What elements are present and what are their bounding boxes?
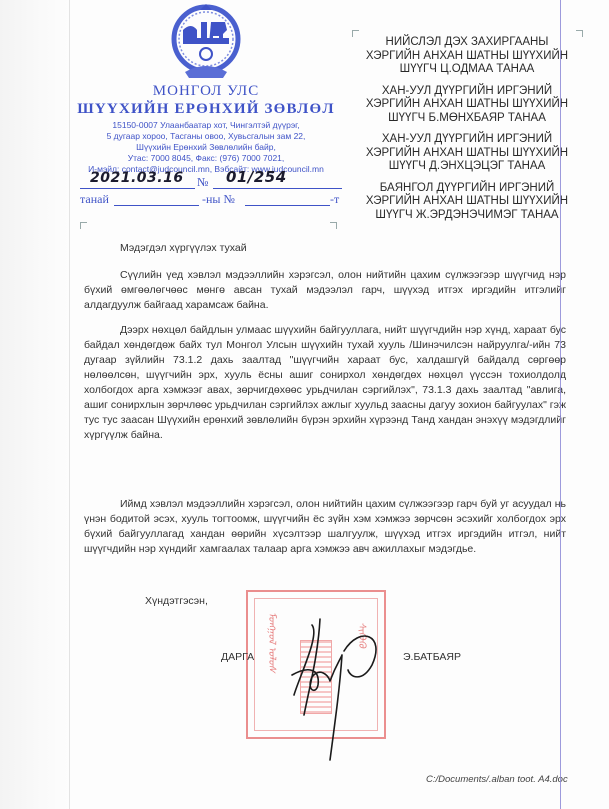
body-paragraph-2: Дээрх нөхцөл байдлын улмаас шүүхийн байг…: [84, 323, 566, 443]
recipient-line: ШҮҮГЧ Д.ЭНХЦЭЦЭГ ТАНАА: [352, 160, 582, 174]
organization-header: МОНГОЛ УЛС ШҮҮХИЙН ЕРӨНХИЙ ЗӨВЛӨЛ 15150-…: [70, 83, 342, 175]
body-paragraph-1: Сүүлийн үед хэвлэл мэдээллийн хэрэгсэл, …: [84, 268, 566, 313]
date-underline: [80, 188, 195, 189]
recipient-line: ШҮҮГЧ Ж.ЭРДЭНЭЧИМЭГ ТАНАА: [352, 209, 582, 223]
scan-edge-shadow: [0, 0, 70, 809]
recipients-block: НИЙСЛЭЛ ДЭХ ЗАХИРГААНЫ ХЭРГИЙН АНХАН ШАТ…: [352, 36, 582, 230]
reference-number-underline: [245, 205, 330, 206]
corner-mark: [80, 222, 87, 229]
country-name: МОНГОЛ УЛС: [70, 83, 342, 100]
organization-address: 15150-0007 Улаанбаатар хот, Чингэлтэй дү…: [70, 120, 342, 175]
address-line: Шүүхийн Ерөнхий Зөвлөлийн байр,: [70, 142, 342, 153]
recipient: НИЙСЛЭЛ ДЭХ ЗАХИРГААНЫ ХЭРГИЙН АНХАН ШАТ…: [352, 36, 582, 77]
footer-file-path: C:/Documents/.alban toot. A4.doc: [426, 774, 568, 785]
letter-subject: Мэдэгдэл хүргүүлэх тухай: [120, 242, 247, 254]
corner-mark: [330, 222, 337, 229]
handwritten-date: 2021.03.16: [90, 170, 184, 186]
closing-salutation: Хүндэтгэсэн,: [145, 595, 208, 607]
address-line: 5 дугаар хороо, Тасганы овоо, Хувьсгалын…: [70, 131, 342, 142]
recipient-line: ХЭРГИЙН АНХАН ШАТНЫ ШҮҮХИЙН: [352, 147, 582, 161]
address-line: 15150-0007 Улаанбаатар хот, Чингэлтэй дү…: [70, 120, 342, 131]
number-label: №: [197, 175, 208, 190]
recipient: ХАН-УУЛ ДҮҮРГИЙН ИРГЭНИЙ ХЭРГИЙН АНХАН Ш…: [352, 85, 582, 126]
reference-suffix: -т: [330, 192, 339, 207]
stamp-script-left: ᠮᠣᠩᠭᠣᠯ ᠤᠯᠤᠰ: [262, 612, 280, 672]
reference-date-underline: [114, 205, 199, 206]
recipient-line: ШҮҮГЧ Б.МӨНХБАЯР ТАНАА: [352, 112, 582, 126]
reference-line: танай -ны № -т: [80, 192, 342, 210]
address-line: Утас: 7000 8045, Факс: (976) 7000 7021,: [70, 153, 342, 164]
handwritten-letter-number: 01/254: [226, 168, 287, 186]
body-paragraph-3: Иймд хэвлэл мэдээллийн хэрэгсэл, олон ни…: [84, 497, 566, 557]
recipient-line: НИЙСЛЭЛ ДЭХ ЗАХИРГААНЫ: [352, 36, 582, 50]
reference-number-label: -ны №: [202, 192, 235, 207]
signatory-name: Э.БАТБАЯР: [403, 651, 461, 663]
paragraph-text: Дээрх нөхцөл байдлын улмаас шүүхийн байг…: [84, 323, 566, 443]
recipient-line: ШҮҮГЧ Ц.ОДМАА ТАНАА: [352, 63, 582, 77]
signatory-title: ДАРГА: [221, 651, 254, 663]
scan-margin-line: [560, 0, 561, 809]
number-underline: [213, 188, 342, 189]
reference-label-yours: танай: [80, 192, 109, 207]
recipient: БАЯНГОЛ ДҮҮРГИЙН ИРГЭНИЙ ХЭРГИЙН АНХАН Ш…: [352, 182, 582, 223]
recipient-line: ХАН-УУЛ ДҮҮРГИЙН ИРГЭНИЙ: [352, 133, 582, 147]
recipient-line: БАЯНГОЛ ДҮҮРГИЙН ИРГЭНИЙ: [352, 182, 582, 196]
registration-line: 2021.03.16 № 01/254: [80, 168, 342, 190]
paragraph-text: Иймд хэвлэл мэдээллийн хэрэгсэл, олон ни…: [84, 497, 566, 557]
recipient-line: ХЭРГИЙН АНХАН ШАТНЫ ШҮҮХИЙН: [352, 50, 582, 64]
mongolia-state-emblem-icon: [165, 2, 247, 80]
handwritten-signature-icon: [290, 615, 390, 765]
recipient-line: ХЭРГИЙН АНХАН ШАТНЫ ШҮҮХИЙН: [352, 98, 582, 112]
organization-name: ШҮҮХИЙН ЕРӨНХИЙ ЗӨВЛӨЛ: [70, 100, 342, 118]
recipient-line: ХАН-УУЛ ДҮҮРГИЙН ИРГЭНИЙ: [352, 85, 582, 99]
recipient: ХАН-УУЛ ДҮҮРГИЙН ИРГЭНИЙ ХЭРГИЙН АНХАН Ш…: [352, 133, 582, 174]
paragraph-text: Сүүлийн үед хэвлэл мэдээллийн хэрэгсэл, …: [84, 268, 566, 313]
recipient-line: ХЭРГИЙН АНХАН ШАТНЫ ШҮҮХИЙН: [352, 195, 582, 209]
